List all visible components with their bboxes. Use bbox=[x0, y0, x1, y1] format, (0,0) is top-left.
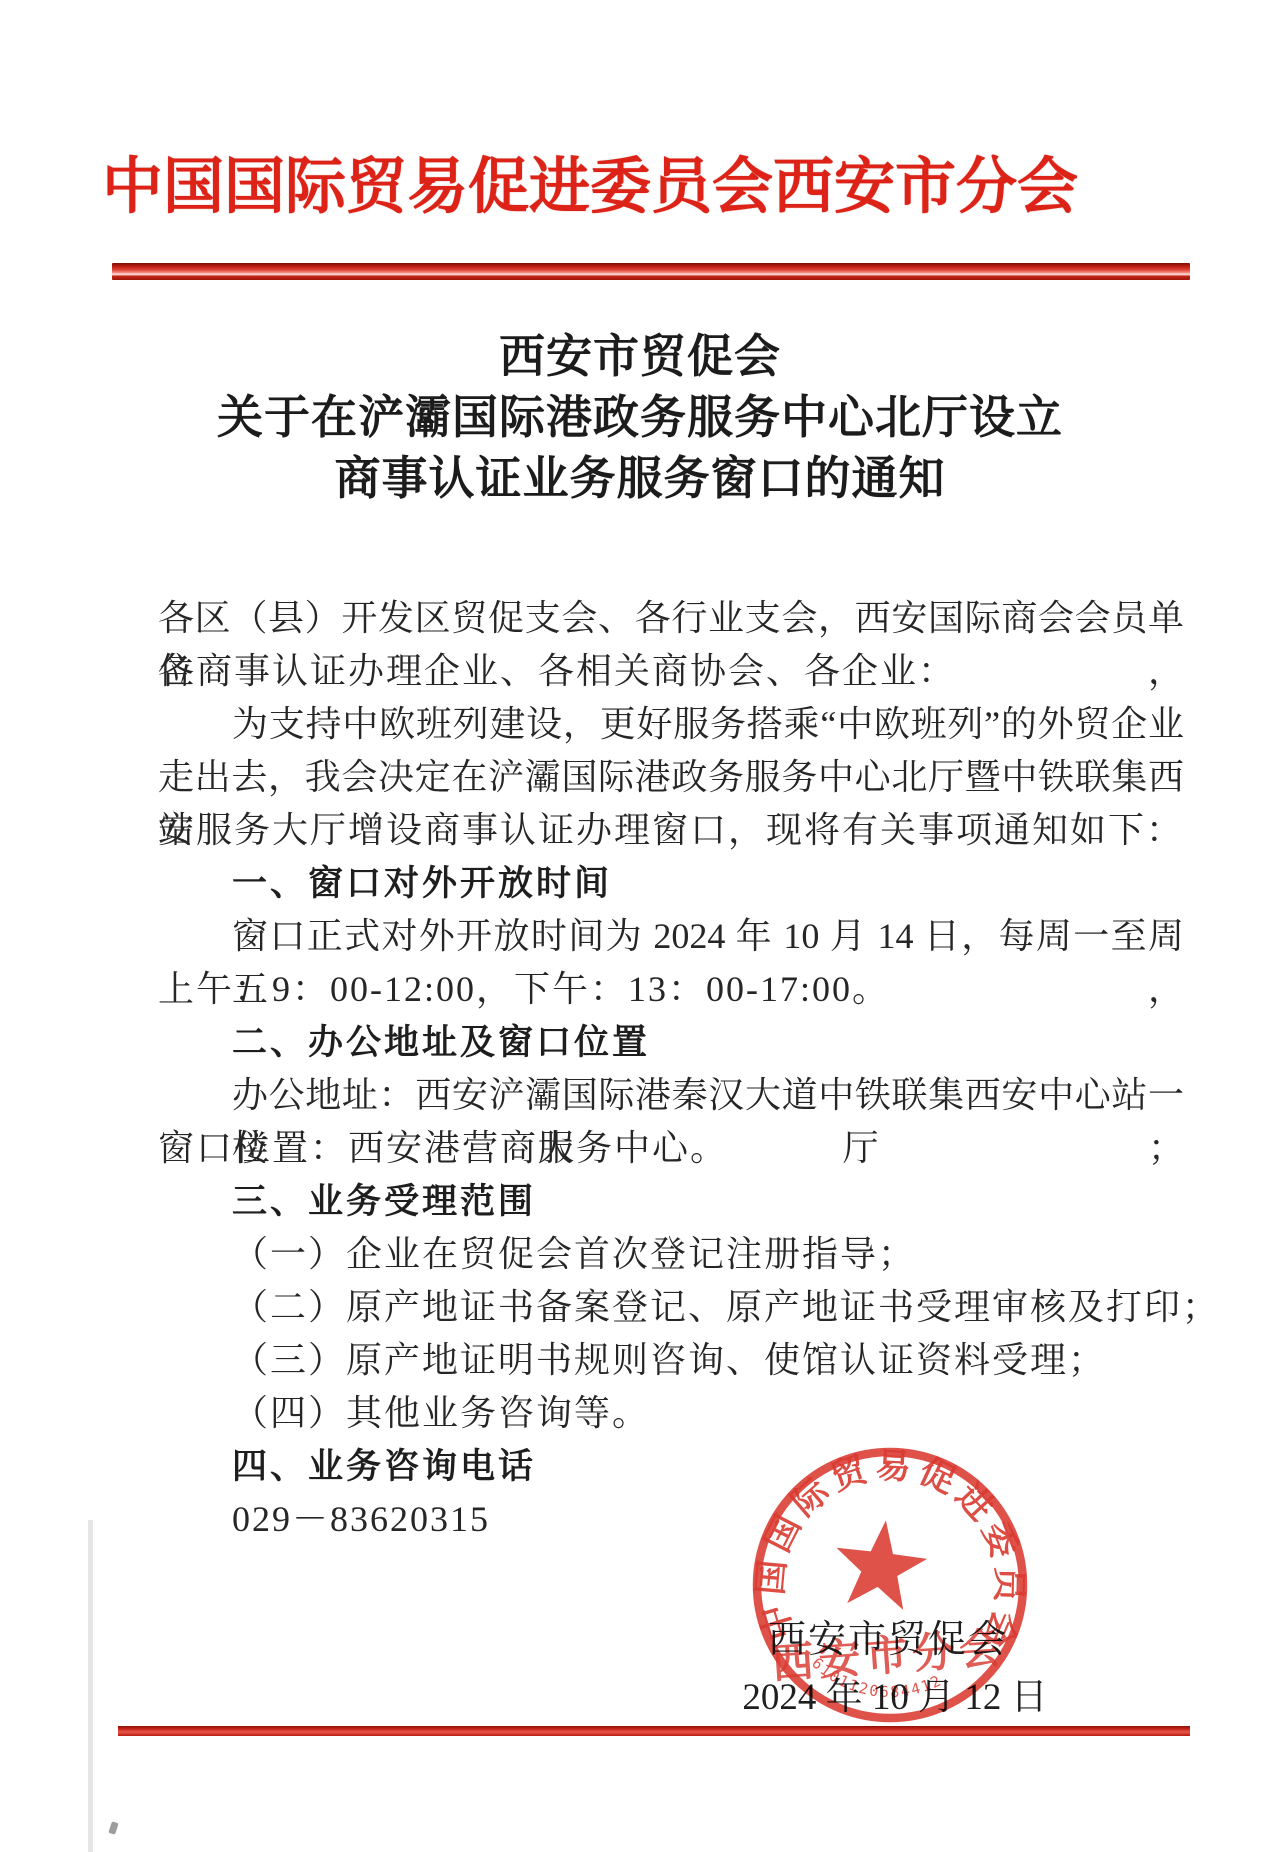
body-line: （一）企业在贸促会首次登记注册指导； bbox=[158, 1228, 1184, 1281]
signature-date: 2024 年 10 月 12 日 bbox=[728, 1666, 1062, 1720]
section-heading: 二、办公地址及窗口位置 bbox=[158, 1016, 1184, 1069]
body-line: 站服务大厅增设商事认证办理窗口，现将有关事项通知如下： bbox=[158, 804, 1184, 857]
document-title-line-1: 西安市贸促会 bbox=[40, 326, 1240, 387]
document-title: 西安市贸促会 关于在浐灞国际港政务服务中心北厅设立 商事认证业务服务窗口的通知 bbox=[40, 326, 1240, 509]
footer-divider-line bbox=[118, 1726, 1190, 1736]
body-line: （三）原产地证明书规则咨询、使馆认证资料受理； bbox=[158, 1334, 1184, 1387]
scan-speck-artifact bbox=[108, 1821, 118, 1835]
body-line: 走出去，我会决定在浐灞国际港政务服务中心北厅暨中铁联集西安 bbox=[158, 751, 1184, 804]
body-line: 为支持中欧班列建设，更好服务搭乘“中欧班列”的外贸企业 bbox=[158, 698, 1184, 751]
document-title-line-2: 关于在浐灞国际港政务服务中心北厅设立 bbox=[40, 387, 1240, 448]
star-icon bbox=[830, 1515, 931, 1612]
document-page: 中国国际贸易促进委员会西安市分会 西安市贸促会 关于在浐灞国际港政务服务中心北厅… bbox=[0, 0, 1280, 1852]
document-title-line-3: 商事认证业务服务窗口的通知 bbox=[40, 448, 1240, 509]
letterhead-org-name: 中国国际贸易促进委员会西安市分会 bbox=[0, 138, 1180, 238]
section-heading: 一、窗口对外开放时间 bbox=[158, 857, 1184, 910]
section-heading: 三、业务受理范围 bbox=[158, 1175, 1184, 1228]
body-line: 窗口正式对外开放时间为 2024 年 10 月 14 日，每周一至周五， bbox=[158, 910, 1184, 963]
document-body: 各区（县）开发区贸促支会、各行业支会，西安国际商会会员单位，各商事认证办理企业、… bbox=[158, 592, 1184, 1546]
body-line: 办公地址：西安浐灞国际港秦汉大道中铁联集西安中心站一楼大厅； bbox=[158, 1069, 1184, 1122]
letterhead-divider-line bbox=[112, 263, 1190, 280]
signature-org-name: 西安市贸促会 bbox=[756, 1608, 1020, 1663]
body-line: （二）原产地证书备案登记、原产地证书受理审核及打印； bbox=[158, 1281, 1184, 1334]
scan-edge-artifact bbox=[88, 1520, 93, 1852]
body-line: 各区（县）开发区贸促支会、各行业支会，西安国际商会会员单位， bbox=[158, 592, 1184, 645]
